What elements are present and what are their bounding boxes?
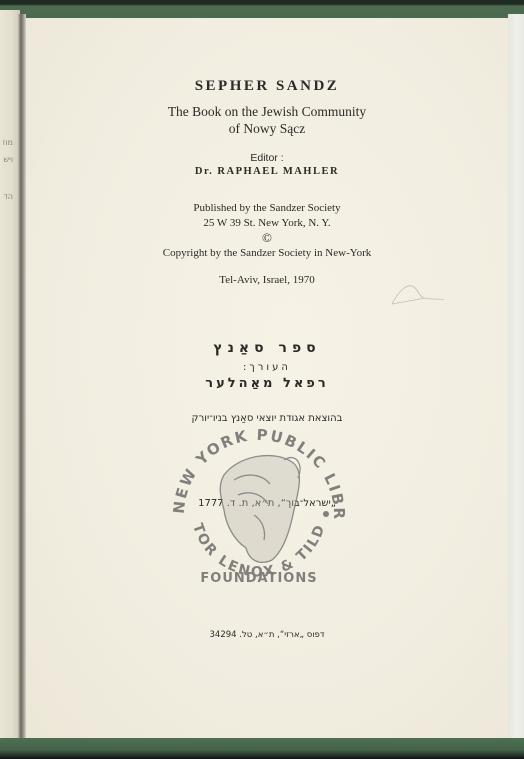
facing-page-text-fragment: הד	[1, 192, 13, 201]
editor-label: Editor :	[26, 152, 508, 164]
hebrew-title: ספר סאַנץ	[26, 340, 508, 356]
hebrew-printer: דפוס „ארזי“, ת״א, טל. 34294	[26, 630, 508, 640]
facing-page-text-fragment: ויש	[1, 155, 13, 164]
copyright-notice: Copyright by the Sandzer Society in New-…	[26, 247, 508, 259]
lion-head-icon	[220, 456, 300, 563]
hebrew-editor-name: רפאל מאַהלער	[26, 376, 508, 391]
publisher-info: Published by the Sandzer Society 25 W 39…	[26, 201, 508, 231]
publisher-address: 25 W 39 St. New York, N. Y.	[26, 216, 508, 231]
book-cover-top-edge	[0, 0, 524, 20]
copyright-icon: ©	[26, 230, 508, 246]
subtitle-line-2: of Nowy Sącz	[26, 120, 508, 137]
page-fore-edge	[508, 14, 524, 740]
editor-name: Dr. RAPHAEL MAHLER	[26, 166, 508, 177]
pencil-mark-icon	[388, 278, 448, 308]
facing-page-text-fragment: מוז	[1, 138, 13, 147]
book-title: SEPHER SANDZ	[26, 78, 508, 95]
facing-page-edge: מוז ויש הד	[0, 10, 20, 738]
hebrew-editor-label: העורך:	[26, 362, 508, 373]
book-gutter	[18, 14, 26, 740]
stamp-foundations-text: FOUNDATIONS	[200, 571, 317, 586]
subtitle-line-1: The Book on the Jewish Community	[26, 103, 508, 120]
book-cover-bottom-edge	[0, 738, 524, 759]
library-stamp: THE NEW YORK PUBLIC LIBRARY ASTOR LENOX …	[154, 420, 364, 600]
book-subtitle: The Book on the Jewish Community of Nowy…	[26, 103, 508, 137]
stamp-dot-icon	[323, 511, 329, 517]
publisher-name: Published by the Sandzer Society	[26, 201, 508, 216]
